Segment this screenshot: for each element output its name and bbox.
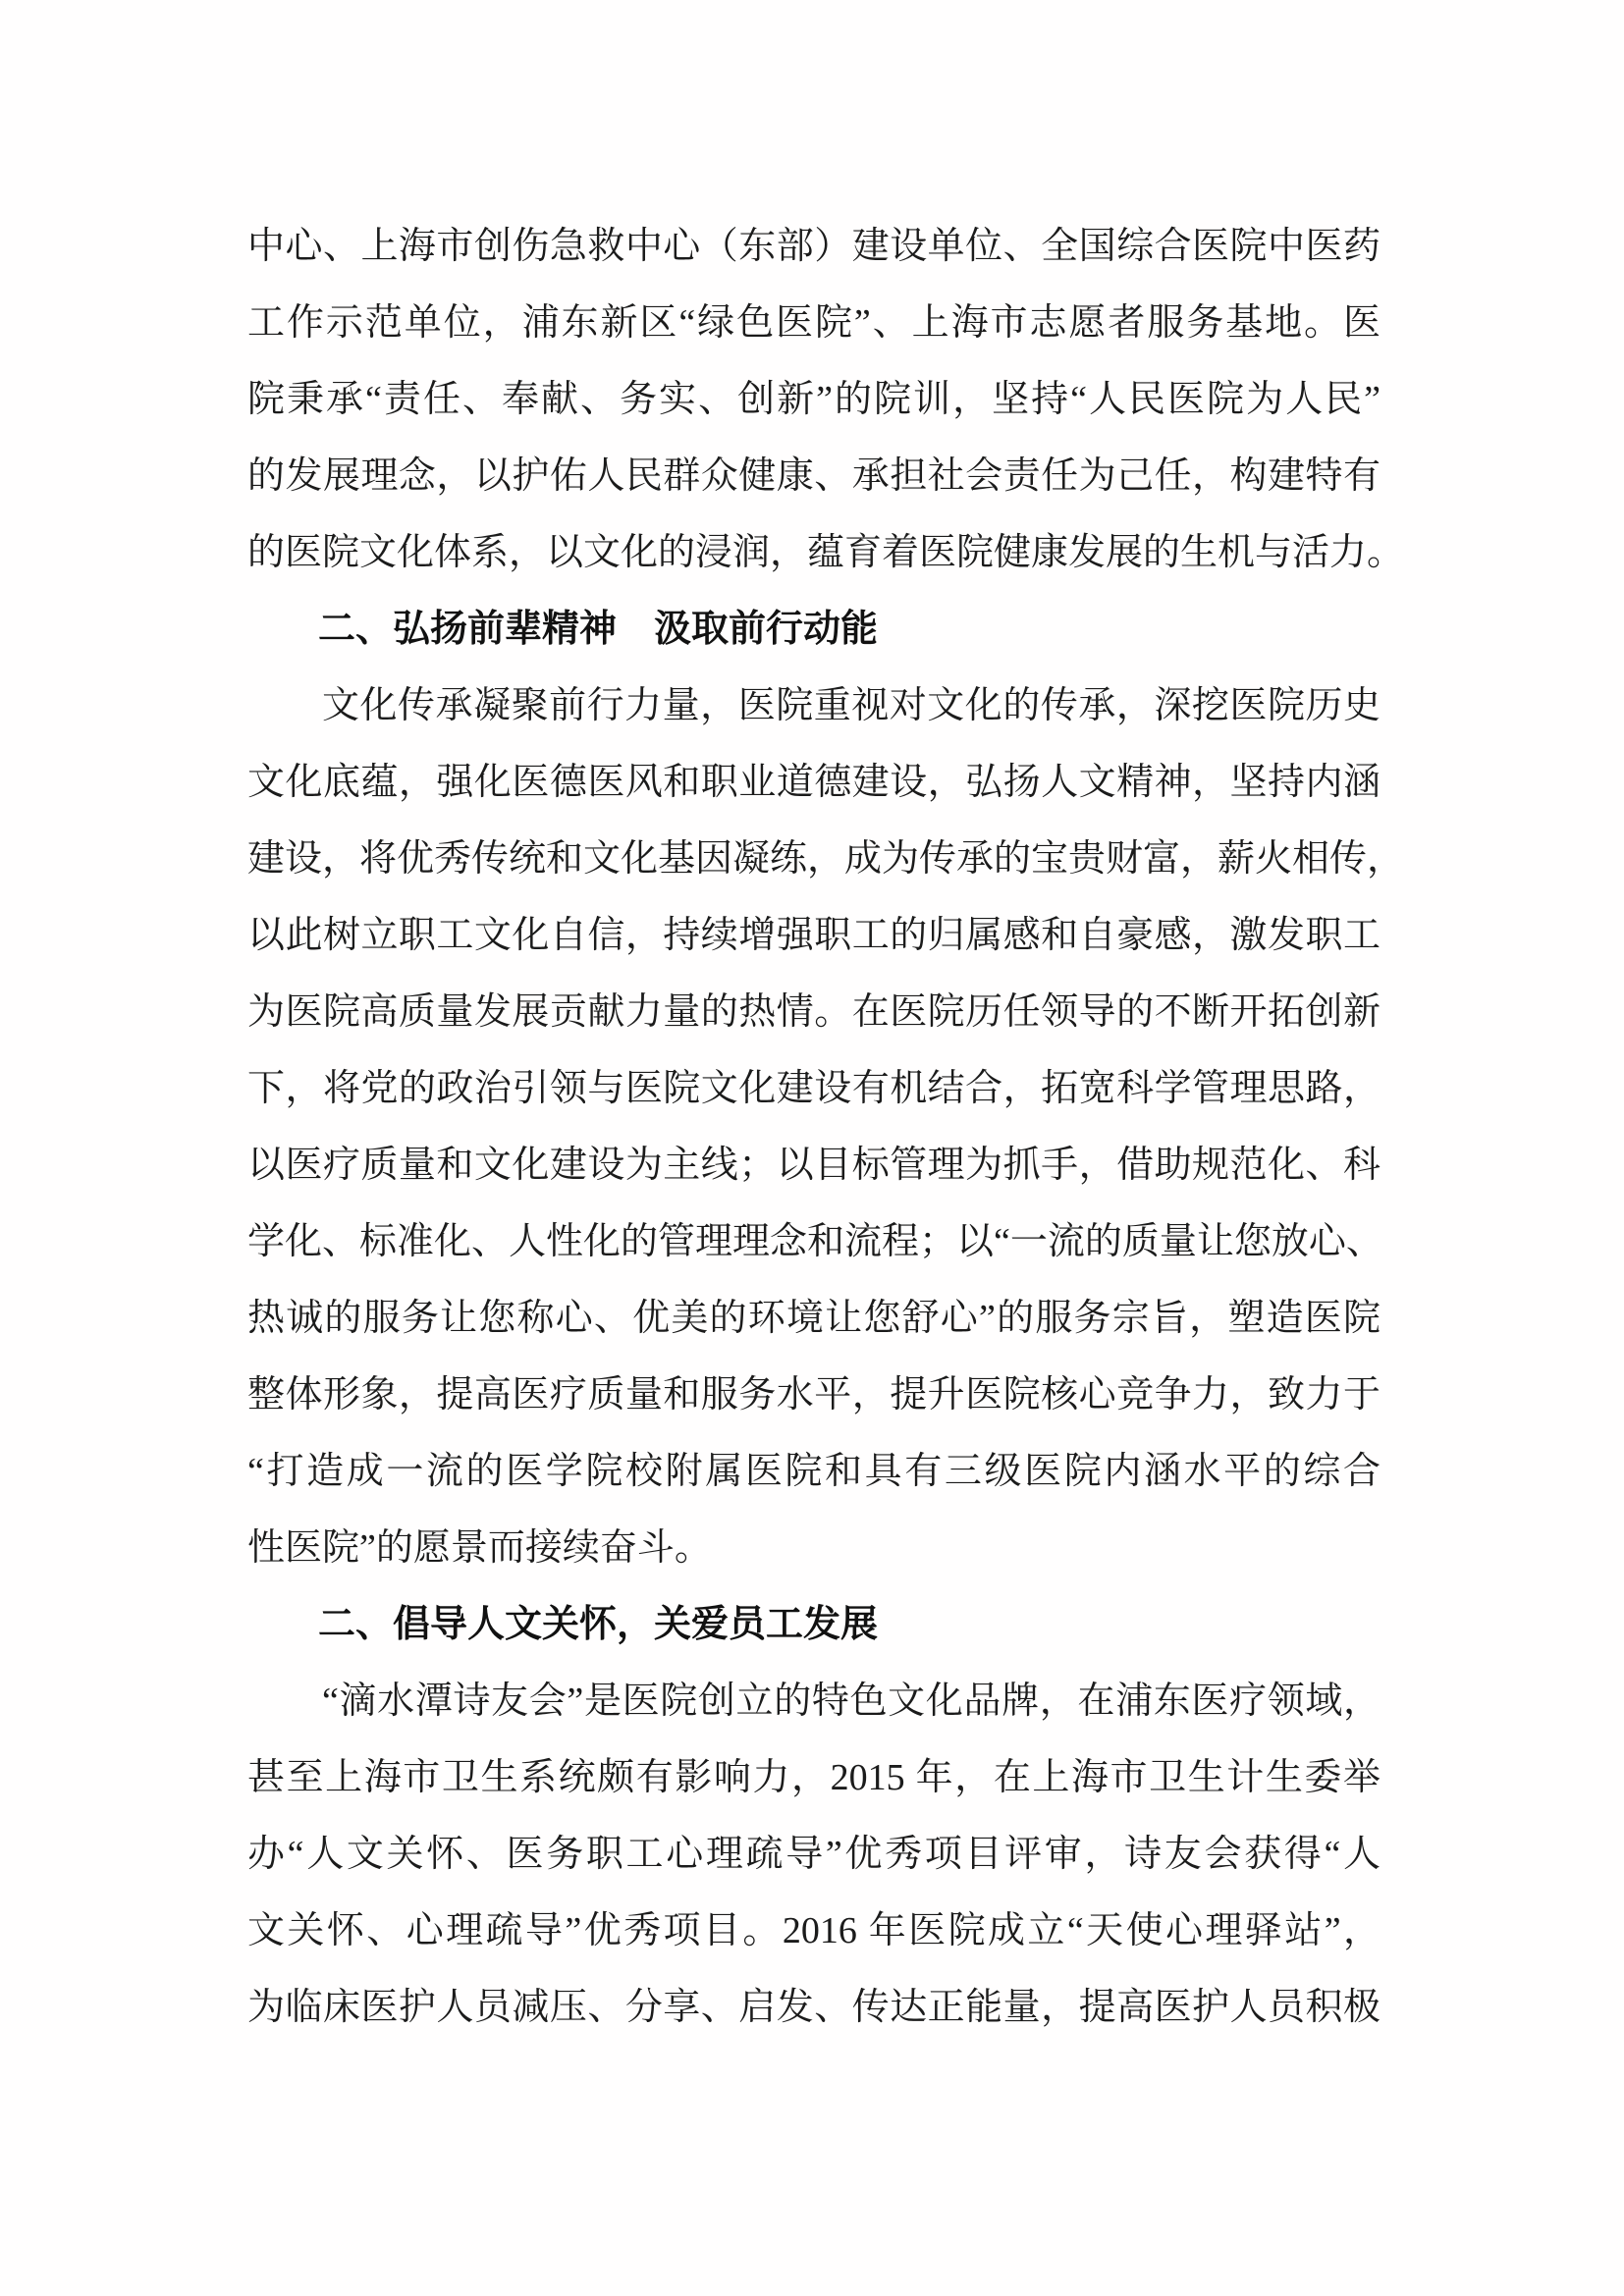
- text-line: 文化底蕴，强化医德医风和职业道德建设，弘扬人文精神，坚持内涵: [247, 744, 1380, 821]
- text-line: 为医院高质量发展贡献力量的热情。在医院历任领导的不断开拓创新: [247, 974, 1380, 1050]
- text-line: 办“人文关怀、医务职工心理疏导”优秀项目评审，诗友会获得“人: [247, 1816, 1380, 1893]
- text-line: 的医院文化体系，以文化的浸润，蕴育着医院健康发展的生机与活力。: [247, 514, 1380, 591]
- text-line: 以医疗质量和文化建设为主线；以目标管理为抓手，借助规范化、科: [247, 1127, 1380, 1203]
- section-heading: 二、弘扬前辈精神 汲取前行动能: [247, 591, 1380, 667]
- text-line: 文关怀、心理疏导”优秀项目。2016 年医院成立“天使心理驿站”，: [247, 1893, 1380, 1969]
- text-line: 文化传承凝聚前行力量，医院重视对文化的传承，深挖医院历史: [247, 667, 1380, 744]
- text-line: 的发展理念，以护佑人民群众健康、承担社会责任为己任，构建特有: [247, 438, 1380, 514]
- text-line: 工作示范单位，浦东新区“绿色医院”、上海市志愿者服务基地。医: [247, 285, 1380, 361]
- scanned-document-page: 中心、上海市创伤急救中心（东部）建设单位、全国综合医院中医药工作示范单位，浦东新…: [0, 0, 1624, 2296]
- text-line: 以此树立职工文化自信，持续增强职工的归属感和自豪感，激发职工: [247, 897, 1380, 974]
- section-heading: 二、倡导人文关怀，关爱员工发展: [247, 1586, 1380, 1663]
- text-line: 整体形象，提高医疗质量和服务水平，提升医院核心竞争力，致力于: [247, 1357, 1380, 1433]
- text-line: 院秉承“责任、奉献、务实、创新”的院训，坚持“人民医院为人民”: [247, 361, 1380, 438]
- text-line: “打造成一流的医学院校附属医院和具有三级医院内涵水平的综合: [247, 1433, 1380, 1510]
- text-line: “滴水潭诗友会”是医院创立的特色文化品牌，在浦东医疗领域，: [247, 1663, 1380, 1739]
- text-line: 建设，将优秀传统和文化基因凝练，成为传承的宝贵财富，薪火相传，: [247, 821, 1380, 897]
- text-line: 为临床医护人员减压、分享、启发、传达正能量，提高医护人员积极: [247, 1969, 1380, 2046]
- text-line: 下，将党的政治引领与医院文化建设有机结合，拓宽科学管理思路，: [247, 1050, 1380, 1127]
- text-block: 中心、上海市创伤急救中心（东部）建设单位、全国综合医院中医药工作示范单位，浦东新…: [247, 208, 1380, 2046]
- text-line: 学化、标准化、人性化的管理理念和流程；以“一流的质量让您放心、: [247, 1203, 1380, 1280]
- text-line: 性医院”的愿景而接续奋斗。: [247, 1510, 1380, 1586]
- text-line: 甚至上海市卫生系统颇有影响力，2015 年，在上海市卫生计生委举: [247, 1739, 1380, 1816]
- text-line: 中心、上海市创伤急救中心（东部）建设单位、全国综合医院中医药: [247, 208, 1380, 285]
- text-line: 热诚的服务让您称心、优美的环境让您舒心”的服务宗旨，塑造医院: [247, 1280, 1380, 1357]
